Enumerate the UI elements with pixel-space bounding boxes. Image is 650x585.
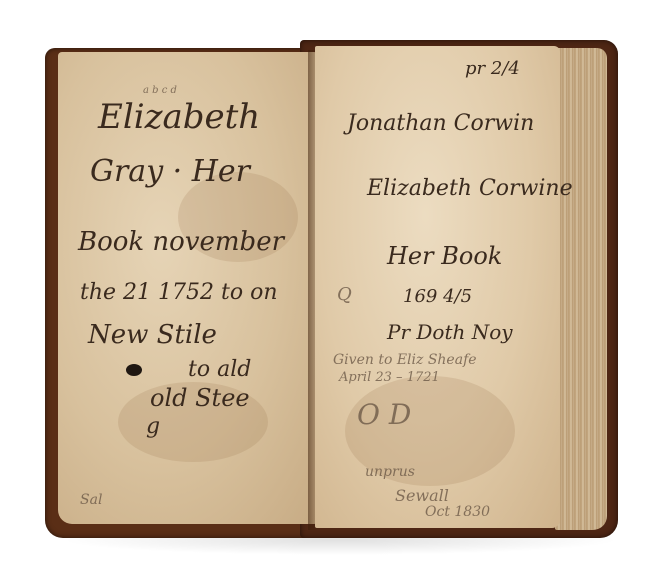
corner-mark: Sal [80,492,102,508]
inscription-od: O D [357,398,411,431]
inscription-g: g [146,414,160,439]
ink-blot [126,364,142,376]
inscription-book-november: Book november [78,227,284,257]
inscription-old-stee: old Stee [150,384,250,412]
inscription-given-to: Given to Eliz Sheafe [333,352,477,368]
inscription-her-book: Her Book [387,242,502,270]
margin-mark: Q [337,284,352,305]
inscription-oct-1830: Oct 1830 [425,504,490,520]
inscription-pr-doth-noy: Pr Doth Noy [387,320,513,344]
inscription-to-ald: to ald [188,357,251,382]
page-block-edges [555,48,607,530]
inscription-elizabeth: Elizabeth [98,97,260,137]
inscription-sewall: Sewall [395,486,449,505]
inscription-small-letters: a b c d [143,85,177,96]
inscription-new-stile: New Stile [88,320,217,350]
inscription-unprus: unprus [365,464,415,480]
inscription-jonathan-corwin: Jonathan Corwin [347,111,534,136]
inscription-169: 169 4/5 [403,286,472,307]
price-mark: pr 2/4 [465,58,520,79]
book-photo: a b c d Elizabeth Gray · Her Book novemb… [0,0,650,585]
inscription-gray-her: Gray · Her [90,154,250,189]
inscription-april-1721: April 23 – 1721 [339,370,440,385]
inscription-elizabeth-corwine: Elizabeth Corwine [367,176,573,201]
right-flyleaf: pr 2/4 Jonathan Corwin Elizabeth Corwine… [315,46,560,528]
inscription-date-1752: the 21 1752 to on [80,280,277,305]
left-flyleaf: a b c d Elizabeth Gray · Her Book novemb… [58,52,316,524]
